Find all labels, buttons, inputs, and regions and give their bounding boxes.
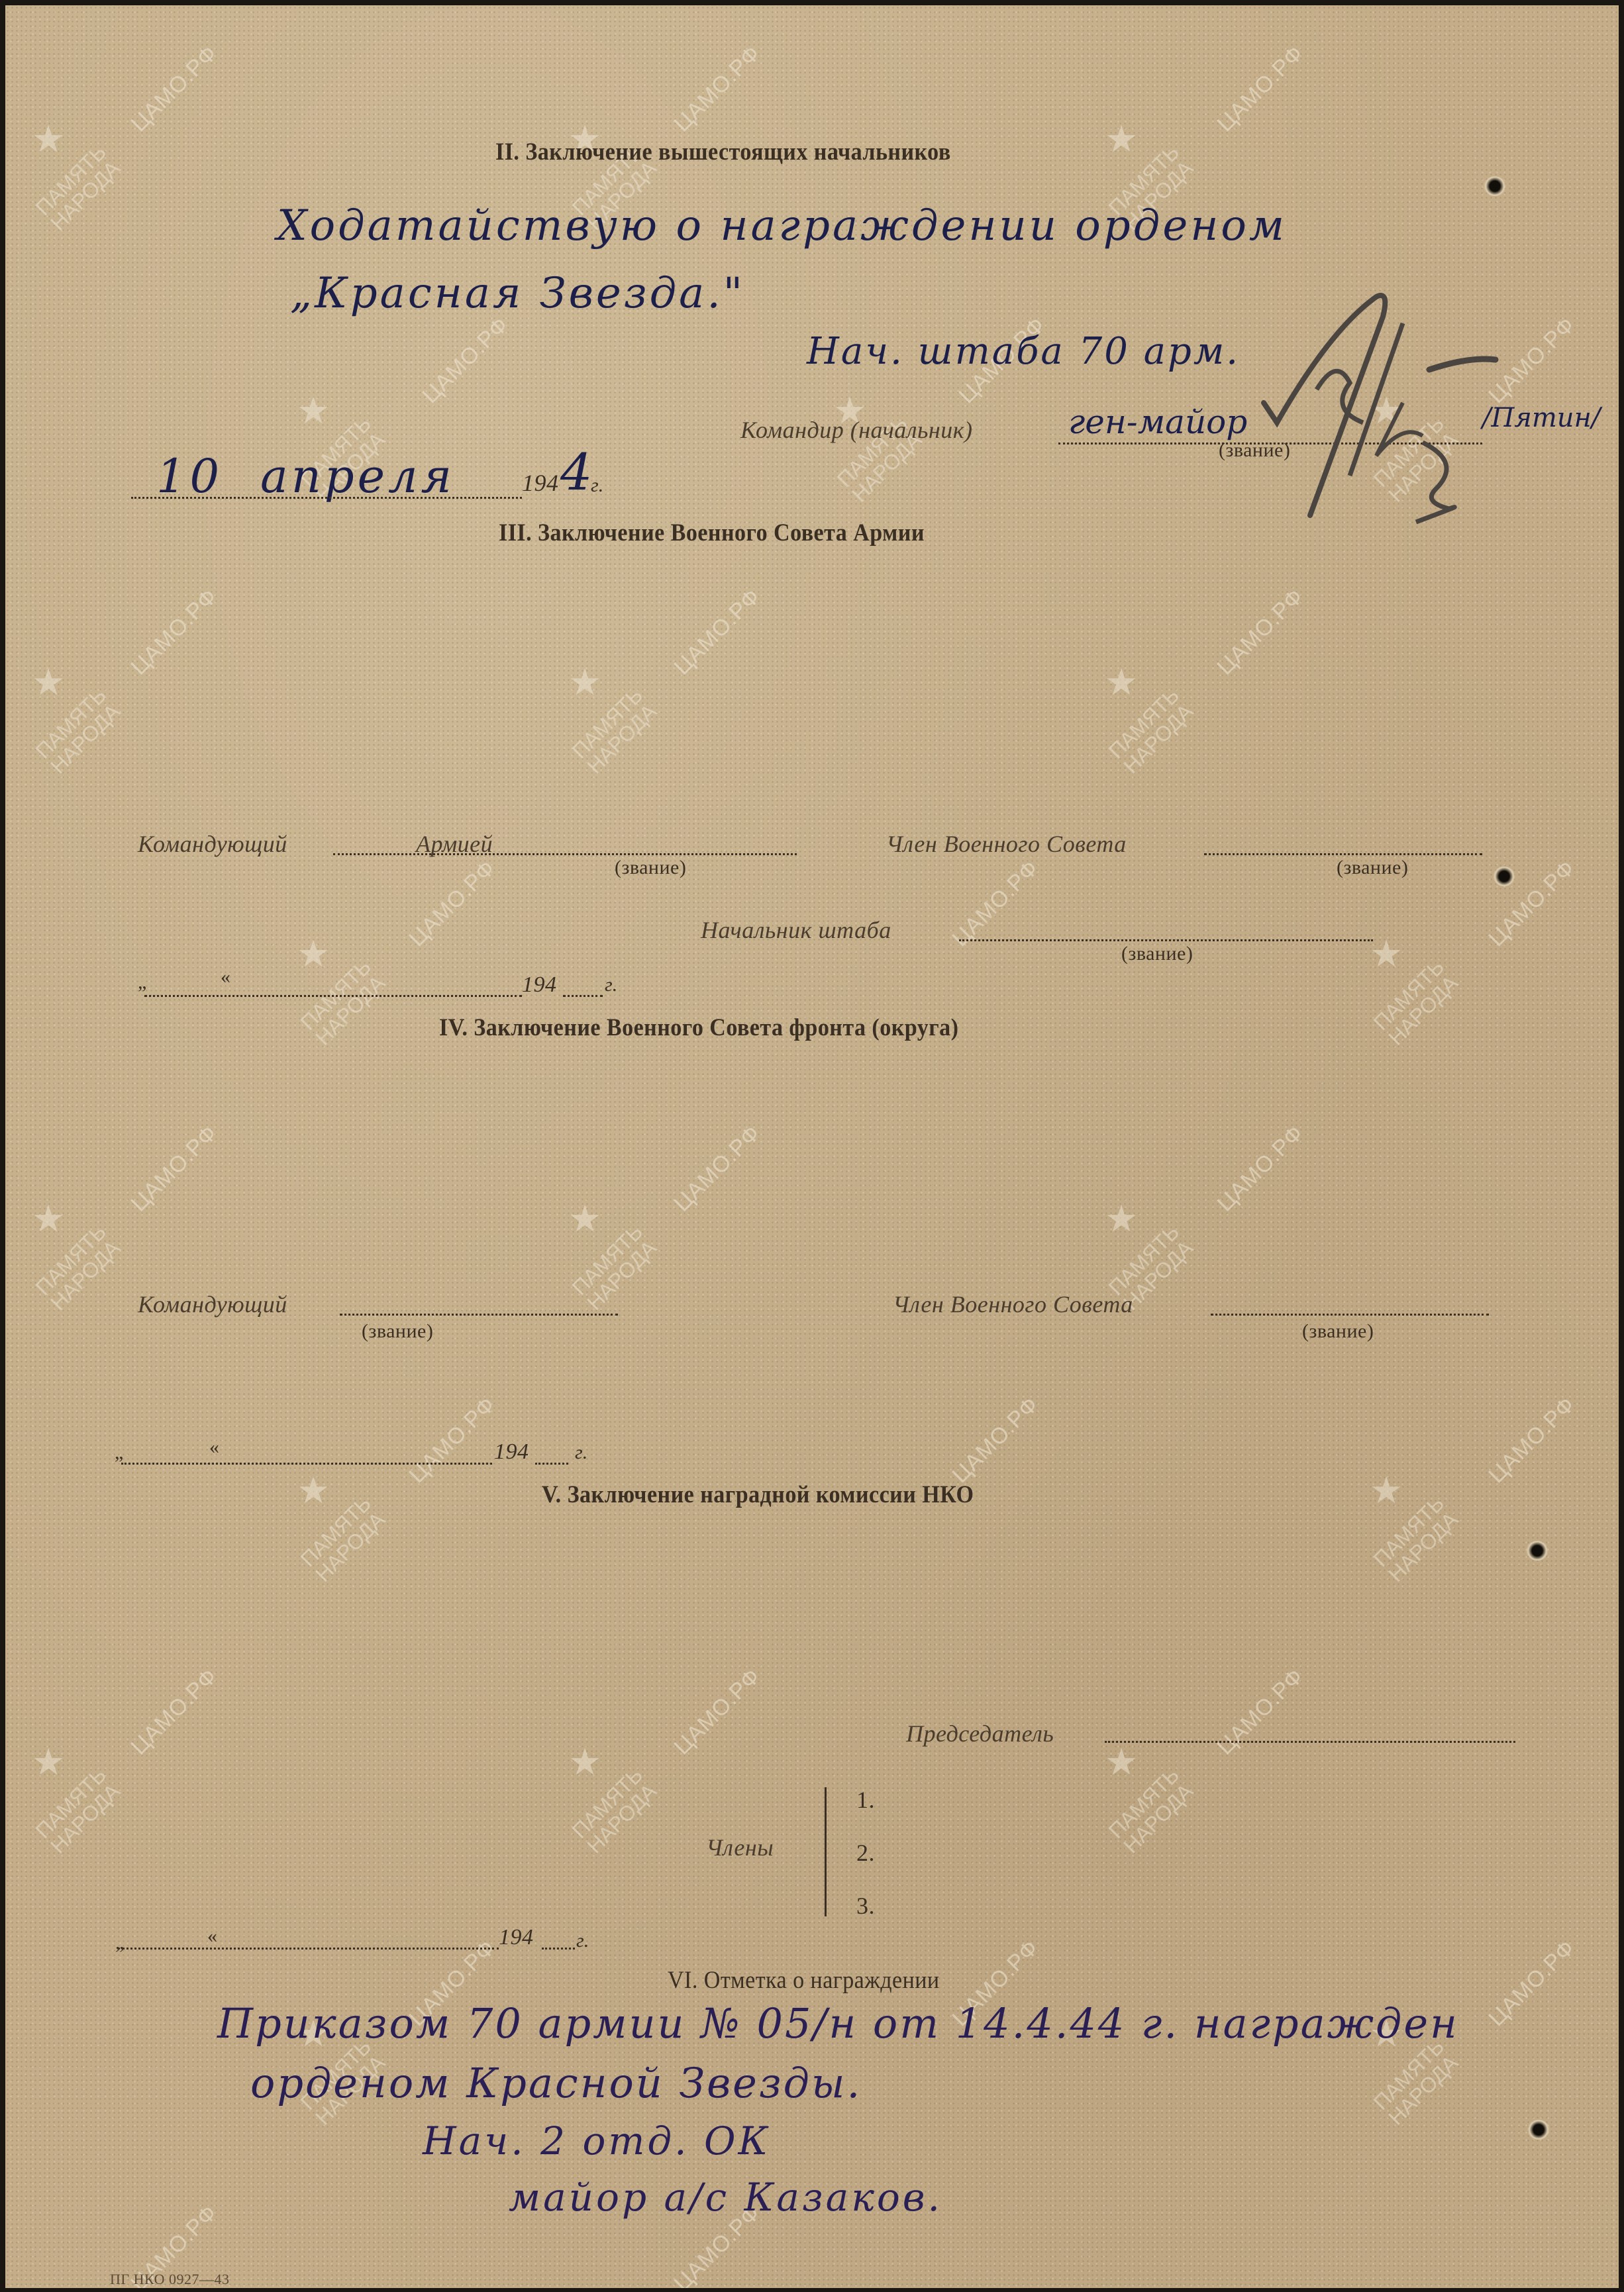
section-6-order-line1: Приказом 70 армии № 05/н от 14.4.44 г. н… [217,1999,1459,2048]
watermark-archive: ЦАМО.РФ [1484,1392,1580,1488]
rank-caption: (звание) [1302,1320,1374,1343]
date-quote: « [209,1436,220,1459]
section-3-council-member-label: Член Военного Совета [886,830,1127,858]
section-5-date-line [542,1948,575,1950]
section-4-commander-line [340,1314,618,1316]
section-5-chairman-line [1105,1741,1515,1743]
section-3-date-g: г. [605,974,618,996]
section-3-date-line [563,995,603,997]
section-6-heading: VI. Отметка о награждении [668,1966,940,1995]
star-icon: ★ [32,661,65,704]
section-3-chief-of-staff-line [959,939,1373,941]
punch-hole [1527,2120,1550,2140]
date-line [131,497,522,499]
award-sheet-page: ЦАМО.РФ ЦАМО.РФ ЦАМО.РФ ЦАМО.РФ ЦАМО.РФ … [5,5,1619,2288]
star-icon: ★ [1105,1198,1138,1241]
watermark-archive: ЦАМО.РФ [126,1120,223,1217]
section-6-order-line2: орденом Красной Звезды. [250,2059,862,2107]
watermark-archive: ЦАМО.РФ [669,40,766,137]
section-3-heading: III. Заключение Военного Совета Армии [499,519,925,547]
date-quote: « [207,1925,218,1948]
star-icon: ★ [568,1741,601,1784]
punch-hole [1493,866,1515,886]
section-4-heading: IV. Заключение Военного Совета фронта (о… [439,1014,958,1042]
watermark-archive: ЦАМО.РФ [126,1663,223,1760]
watermark-archive: ЦАМО.РФ [1212,1120,1309,1217]
watermark-archive: ЦАМО.РФ [947,1392,1044,1488]
member-1-number: 1. [856,1786,875,1814]
date-quote: „ [115,1441,124,1464]
star-icon: ★ [1105,118,1138,161]
section-6-signer-position: Нач. 2 отд. ОК [423,2118,770,2163]
section-6-signer-name: майор а/с Казаков. [509,2175,942,2220]
watermark-archive: ЦАМО.РФ [1212,40,1309,137]
section-2-petition-line1: Ходатайствую о награждении орденом [277,201,1287,250]
section-4-date-line [121,1463,492,1465]
section-2-date-g: г. [591,474,604,497]
rank-caption: (звание) [1337,857,1408,879]
watermark-archive: ЦАМО.РФ [947,855,1044,952]
section-3-commander-line [333,853,797,855]
star-icon: ★ [1105,1741,1138,1784]
section-4-date-line [535,1463,568,1465]
members-brace [825,1787,827,1916]
section-2-date-year-suffix: 4 [560,443,592,501]
date-quote: « [221,966,231,988]
watermark-archive: ЦАМО.РФ [404,855,501,952]
section-4-council-member-line [1211,1314,1489,1316]
star-icon: ★ [297,1469,330,1512]
section-3-council-member-line [1204,853,1482,855]
signature-icon [1250,290,1529,529]
section-4-commander-label: Командующий [138,1290,287,1318]
watermark-archive: ЦАМО.РФ [1212,1663,1309,1760]
star-icon: ★ [568,1198,601,1241]
star-icon: ★ [1370,933,1403,976]
rank-caption: (звание) [362,1320,433,1343]
section-3-date-year: 194 [522,972,557,998]
section-5-members-label: Члены [706,1834,774,1861]
section-5-date-line [118,1948,499,1950]
section-4-date-g: г. [575,1441,588,1464]
star-icon: ★ [297,390,330,433]
watermark-archive: ЦАМО.РФ [404,1392,501,1488]
section-2-date-month: апреля [260,449,455,503]
star-icon: ★ [297,933,330,976]
star-icon: ★ [1370,1469,1403,1512]
section-4-date-year: 194 [494,1439,529,1465]
star-icon: ★ [568,661,601,704]
section-3-date-line [144,995,522,997]
watermark-archive: ЦАМО.РФ [126,584,223,680]
watermark-archive: ЦАМО.РФ [417,312,514,409]
watermark-archive: ЦАМО.РФ [126,40,223,137]
star-icon: ★ [1105,661,1138,704]
section-3-commander-label: Командующий [138,830,287,858]
punch-hole [1484,176,1506,196]
section-2-heading: II. Заключение вышестоящих начальников [495,138,951,166]
section-5-heading: V. Заключение наградной комиссии НКО [542,1481,974,1509]
watermark-archive: ЦАМО.РФ [669,584,766,680]
commander-label: Командир (начальник) [740,416,973,444]
watermark-archive: ЦАМО.РФ [669,1120,766,1217]
section-2-date-year-prefix: 194 [522,469,559,497]
star-icon: ★ [32,1198,65,1241]
member-2-number: 2. [856,1839,875,1867]
date-quote: „ [138,971,147,994]
watermark-archive: ЦАМО.РФ [669,1663,766,1760]
commander-rank-handwritten: ген-майор [1068,403,1247,441]
section-5-date-g: г. [576,1930,589,1952]
member-3-number: 3. [856,1892,875,1920]
section-3-chief-of-staff-label: Начальник штаба [701,916,891,944]
section-5-date-year: 194 [499,1925,534,1950]
section-2-position: Нач. штаба 70 арм. [807,330,1240,373]
watermark-archive: ЦАМО.РФ [1484,1935,1580,2032]
punch-hole [1526,1541,1548,1561]
date-quote: „ [115,1932,125,1954]
watermark-archive: ЦАМО.РФ [1212,584,1309,680]
section-2-petition-line2: „Красная Звезда." [290,269,745,318]
section-2-date-day: 10 [156,449,223,503]
star-icon: ★ [32,118,65,161]
section-5-chairman-label: Председатель [906,1720,1054,1747]
star-icon: ★ [32,1741,65,1784]
rank-caption: (звание) [1121,943,1193,965]
rank-caption: (звание) [615,857,686,879]
section-4-council-member-label: Член Военного Совета [893,1290,1133,1318]
footer-print-code: ПГ НКО 0927—43 [110,2271,230,2288]
